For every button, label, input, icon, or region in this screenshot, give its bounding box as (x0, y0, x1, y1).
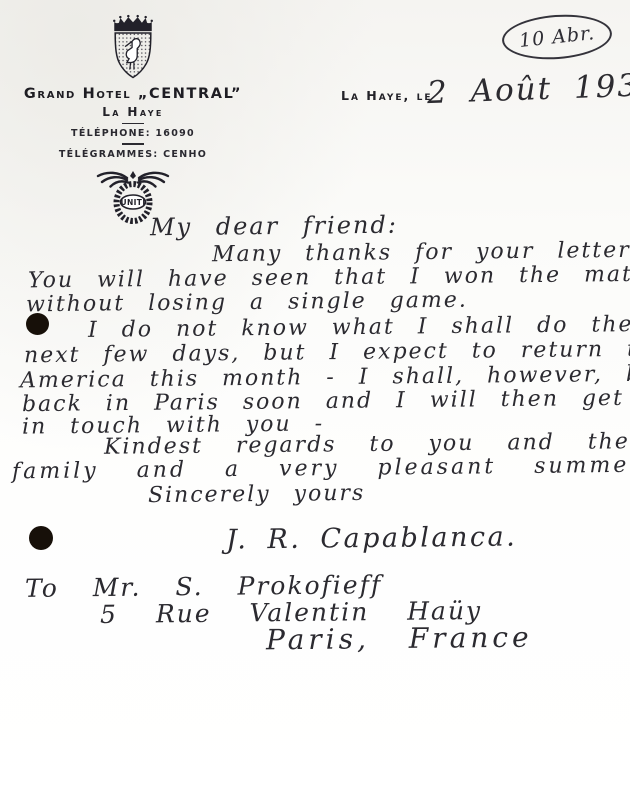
wreath-motto: UNITI (120, 198, 145, 207)
handwriting-line: Sincerely yours (148, 481, 366, 508)
divider (122, 143, 144, 144)
handwriting-line: family and a very pleasant summer. (12, 453, 630, 485)
signature: J. R. Capablanca. (226, 521, 518, 555)
stork-crest-icon (103, 14, 163, 82)
hotel-name: Grand Hotel „CENTRAL” (2, 86, 264, 102)
hotel-city: La Haye (2, 105, 264, 119)
telephone-line: Téléphone: 16090 (2, 128, 264, 139)
handwriting-line: My dear friend: (150, 211, 398, 242)
letter-page: Grand Hotel „CENTRAL” La Haye Téléphone:… (0, 0, 630, 811)
handwriting-line: without losing a single game. (26, 288, 468, 318)
address-line: Paris, France (266, 621, 533, 657)
letterhead: Grand Hotel „CENTRAL” La Haye Téléphone:… (2, 14, 264, 225)
date-stamp-oval: 10 Abr. (501, 11, 614, 63)
punch-hole (26, 313, 49, 335)
divider (122, 123, 144, 124)
punch-hole (29, 526, 53, 550)
stamp-text: 10 Abr. (518, 22, 596, 52)
dateline-printed-label: La Haye, le (341, 88, 433, 103)
telegrams-line: Télégrammes: CENHO (2, 149, 264, 160)
dateline: La Haye, le 2 Août 1931 (341, 85, 433, 104)
handwritten-date: 2 Août 1931 (426, 67, 630, 111)
